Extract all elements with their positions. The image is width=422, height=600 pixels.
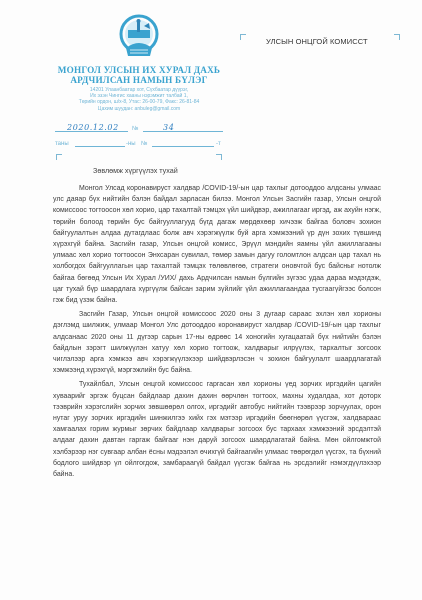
number-line <box>143 122 223 132</box>
letter-page: МОНГОЛ УЛСЫН ИХ ХУРАЛ ДАХЬ АРДЧИЛСАН НАМ… <box>0 0 422 600</box>
body-paragraph: Монгол Улсад коронавируст халдвар /COVID… <box>53 183 381 306</box>
your-label: таны <box>55 141 69 147</box>
your-number-line <box>152 137 214 147</box>
email-line: Цахим шуудан: anbuleg@gmail.com <box>50 106 228 112</box>
org-name-line2: АРДЧИЛСАН НАМЫН БҮЛЭГ <box>50 75 228 85</box>
handwritten-number: 34 <box>163 123 174 132</box>
handwritten-date: 2020.12.02 <box>67 123 119 132</box>
your-number-label: № <box>141 141 147 147</box>
letterhead: МОНГОЛ УЛСЫН ИХ ХУРАЛ ДАХЬ АРДЧИЛСАН НАМ… <box>50 12 228 112</box>
recipient-corner-mark <box>394 34 400 40</box>
subject-corner-mark <box>56 154 62 160</box>
your-date-line <box>75 137 125 147</box>
letter-body: Монгол Улсад коронавируст халдвар /COVID… <box>53 183 381 483</box>
your-suffix: -ны <box>126 141 136 147</box>
subject-corner-mark <box>216 154 222 160</box>
number-label: № <box>132 126 138 132</box>
org-address: 14201 Улаанбаатар хот, Сүхбаатар дүүрэг,… <box>50 87 228 112</box>
reference-date-number-row: 2020.12.02 № 34 <box>55 122 223 132</box>
mongolia-state-emblem-icon <box>114 12 164 62</box>
org-name: МОНГОЛ УЛСЫН ИХ ХУРАЛ ДАХЬ АРДЧИЛСАН НАМ… <box>50 65 228 85</box>
your-end: -т <box>216 141 221 147</box>
recipient-corner-mark <box>240 34 246 40</box>
org-name-line1: МОНГОЛ УЛСЫН ИХ ХУРАЛ ДАХЬ <box>50 65 228 75</box>
subject: Зөвлөмж хүргүүлэх тухай <box>93 166 178 175</box>
recipient: УЛСЫН ОНЦГОЙ КОМИССТ <box>266 37 368 46</box>
body-paragraph: Засгийн Газар, Улсын онцгой комиссоос 20… <box>53 309 381 376</box>
body-paragraph: Тухайлбал, Улсын онцгой комиссоос гаргас… <box>53 379 381 480</box>
reference-your-letter-row: таны -ны № -т <box>55 137 223 147</box>
